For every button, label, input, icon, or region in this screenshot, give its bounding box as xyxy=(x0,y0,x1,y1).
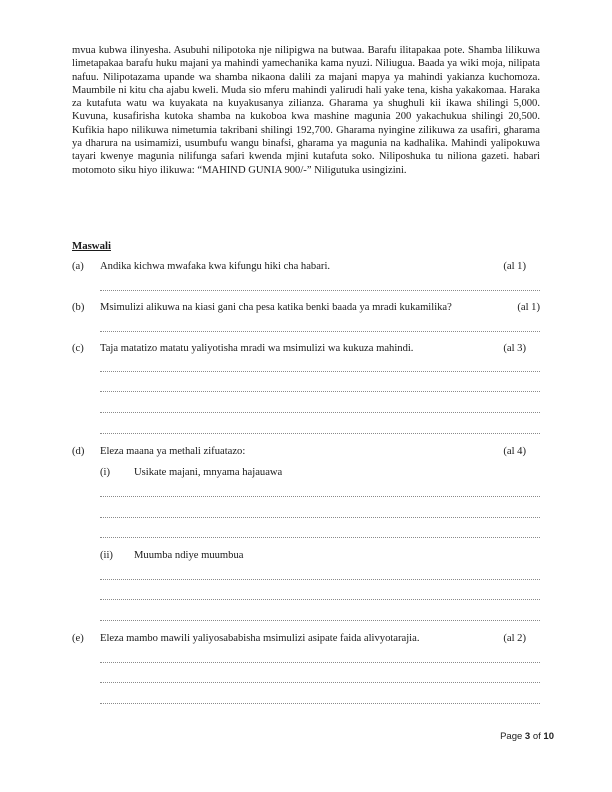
question-marks: (al 4) xyxy=(503,446,526,457)
question-label: (e) xyxy=(72,633,84,644)
question-label: (c) xyxy=(72,343,84,354)
question-marks: (al 3) xyxy=(503,343,526,354)
answer-line[interactable] xyxy=(100,516,540,518)
answer-line[interactable] xyxy=(100,598,540,600)
question-a: (a) Andika kichwa mwafaka kwa kifungu hi… xyxy=(72,261,540,275)
question-marks: (al 1) xyxy=(503,261,526,272)
page-prefix: Page xyxy=(500,731,525,742)
question-text: Eleza maana ya methali zifuatazo: xyxy=(100,446,245,457)
page-number: Page 3 of 10 xyxy=(500,731,554,742)
answer-line[interactable] xyxy=(100,370,540,372)
answer-line[interactable] xyxy=(100,619,540,621)
answer-line[interactable] xyxy=(100,432,540,434)
subquestion-text: Usikate majani, mnyama hajauawa xyxy=(134,467,282,478)
question-marks: (al 1) xyxy=(517,302,540,313)
subquestion-label: (ii) xyxy=(100,550,113,561)
questions-heading: Maswali xyxy=(72,240,111,252)
answer-line[interactable] xyxy=(100,289,540,291)
question-d: (d) Eleza maana ya methali zifuatazo: (a… xyxy=(72,446,540,460)
question-marks: (al 2) xyxy=(503,633,526,644)
question-label: (d) xyxy=(72,446,84,457)
answer-line[interactable] xyxy=(100,390,540,392)
question-text: Eleza mambo mawili yaliyosababisha msimu… xyxy=(100,633,419,644)
question-text: Msimulizi alikuwa na kiasi gani cha pesa… xyxy=(100,302,452,313)
question-label: (a) xyxy=(72,261,84,272)
answer-line[interactable] xyxy=(100,702,540,704)
answer-line[interactable] xyxy=(100,578,540,580)
question-text: Taja matatizo matatu yaliyotisha mradi w… xyxy=(100,343,413,354)
question-e: (e) Eleza mambo mawili yaliyosababisha m… xyxy=(72,633,540,647)
page-of: of xyxy=(530,731,543,742)
answer-line[interactable] xyxy=(100,330,540,332)
page-total: 10 xyxy=(543,731,554,742)
subquestion-text: Muumba ndiye muumbua xyxy=(134,550,243,561)
answer-line[interactable] xyxy=(100,661,540,663)
answer-line[interactable] xyxy=(100,681,540,683)
question-label: (b) xyxy=(72,302,84,313)
question-text: Andika kichwa mwafaka kwa kifungu hiki c… xyxy=(100,261,330,272)
subquestion-label: (i) xyxy=(100,467,110,478)
question-b: (b) Msimulizi alikuwa na kiasi gani cha … xyxy=(72,302,540,316)
answer-line[interactable] xyxy=(100,411,540,413)
answer-line[interactable] xyxy=(100,536,540,538)
question-c: (c) Taja matatizo matatu yaliyotisha mra… xyxy=(72,343,540,357)
story-passage: mvua kubwa ilinyesha. Asubuhi nilipotoka… xyxy=(72,44,540,177)
answer-line[interactable] xyxy=(100,495,540,497)
